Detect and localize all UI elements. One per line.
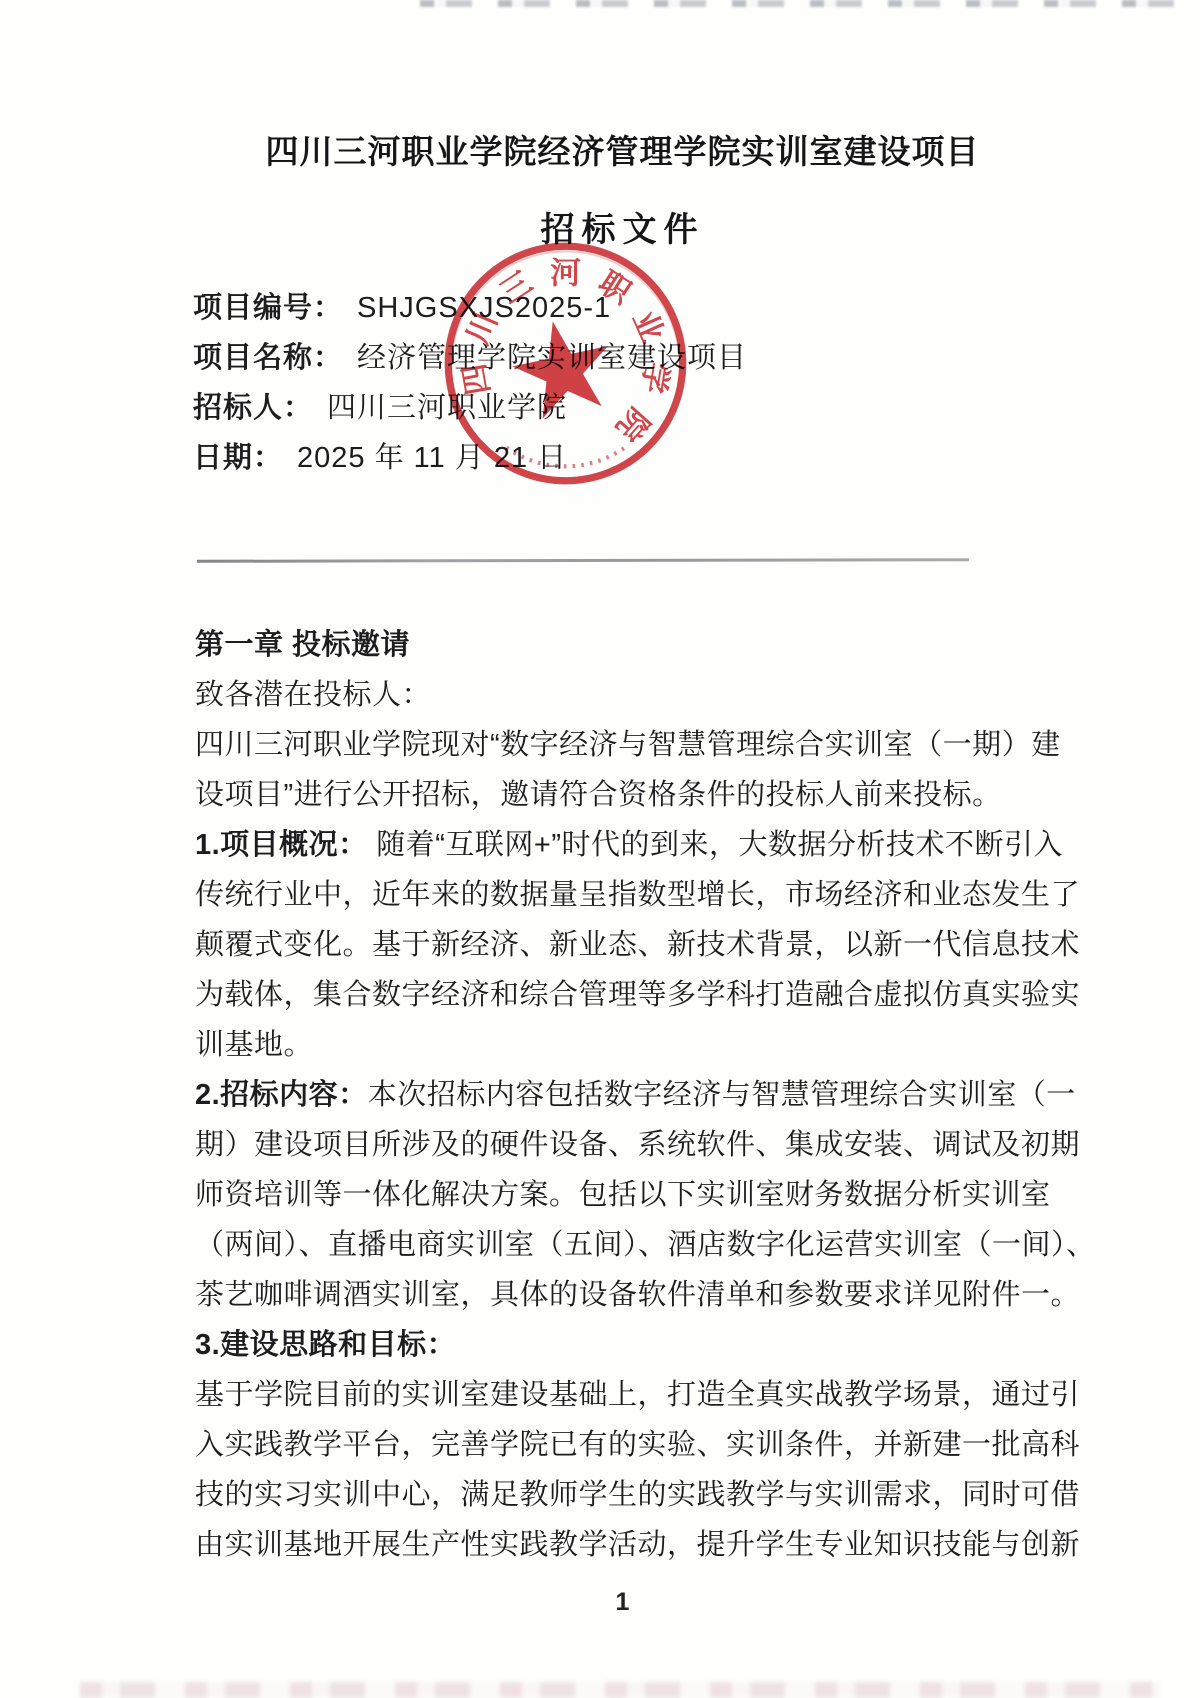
body-line-bold: 1.项目概况： (195, 829, 368, 861)
info-row-project-number: 项目编号：SHJGSXJS2025-1 (193, 283, 747, 333)
body-line: 四川三河职业学院现对“数字经济与智慧管理综合实训室（一期）建 (195, 720, 1075, 770)
body-line-text: 基于学院目前的实训室建设基础上，打造全真实战教学场景，通过引 (195, 1379, 1080, 1411)
tenderer-value: 四川三河职业学院 (327, 392, 567, 424)
body-line: （两间）、直播电商实训室（五间）、酒店数字化运营实训室（一间）、 (195, 1220, 1075, 1270)
body-line-text: 致各潜在投标人： (195, 679, 431, 711)
page-number: 1 (195, 1588, 1050, 1617)
project-name-value: 经济管理学院实训室建设项目 (357, 342, 747, 374)
body-line: 基于学院目前的实训室建设基础上，打造全真实战教学场景，通过引 (195, 1370, 1075, 1420)
body-line-text: 训基地。 (195, 1029, 313, 1061)
date-value: 2025 年 11 月 21 日 (297, 442, 567, 474)
body-line-text: 设项目”进行公开招标，邀请符合资格条件的投标人前来投标。 (195, 779, 1002, 811)
body-line: 1.项目概况： 随着“互联网+”时代的到来，大数据分析技术不断引入 (195, 820, 1075, 870)
body-line-text: 由实训基地开展生产性实践教学活动，提升学生专业知识技能与创新 (195, 1529, 1080, 1561)
document-title: 四川三河职业学院经济管理学院实训室建设项目 (195, 126, 1050, 173)
body-line: 茶艺咖啡调酒实训室，具体的设备软件清单和参数要求详见附件一。 (195, 1270, 1075, 1320)
body-line: 3.建设思路和目标： (195, 1320, 1075, 1370)
chapter-heading-text: 第一章 投标邀请 (195, 629, 410, 661)
body-line-text: 入实践教学平台，完善学院已有的实验、实训条件，并新建一批高科 (195, 1429, 1080, 1461)
project-number-value: SHJGSXJS2025-1 (357, 292, 611, 324)
body-line-text: 随着“互联网+”时代的到来，大数据分析技术不断引入 (368, 829, 1063, 861)
body-line: 期）建设项目所涉及的硬件设备、系统软件、集成安装、调试及初期 (195, 1120, 1075, 1170)
body-line-bold: 2.招标内容： (195, 1079, 368, 1111)
body-line: 致各潜在投标人： (195, 670, 1075, 720)
body-line: 技的实习实训中心，满足教师学生的实践教学与实训需求，同时可借 (195, 1470, 1075, 1520)
body-line: 训基地。 (195, 1020, 1075, 1070)
date-label: 日期： (193, 442, 283, 474)
body-line: 由实训基地开展生产性实践教学活动，提升学生专业知识技能与创新 (195, 1520, 1075, 1570)
body-line: 传统行业中，近年来的数据量呈指数型增长，市场经济和业态发生了 (195, 870, 1075, 920)
chapter-heading: 第一章 投标邀请 (195, 620, 1075, 670)
tenderer-label: 招标人： (193, 392, 313, 424)
project-info-block: 项目编号：SHJGSXJS2025-1 项目名称：经济管理学院实训室建设项目 招… (193, 283, 747, 483)
body-line-text: 本次招标内容包括数字经济与智慧管理综合实训室（一 (368, 1079, 1076, 1111)
body-line-text: 茶艺咖啡调酒实训室，具体的设备软件清单和参数要求详见附件一。 (195, 1279, 1080, 1311)
body-line-text: 技的实习实训中心，满足教师学生的实践教学与实训需求，同时可借 (195, 1479, 1080, 1511)
body-line: 设项目”进行公开招标，邀请符合资格条件的投标人前来投标。 (195, 770, 1075, 820)
body-line-text: 期）建设项目所涉及的硬件设备、系统软件、集成安装、调试及初期 (195, 1129, 1080, 1161)
document-page: 四川三河职业学院经济管理学院实训室建设项目 招标文件 项目编号：SHJGSXJS… (0, 0, 1200, 1698)
body-line-text: 颠覆式变化。基于新经济、新业态、新技术背景，以新一代信息技术 (195, 929, 1080, 961)
info-row-tenderer: 招标人：四川三河职业学院 (193, 383, 747, 433)
body-line: 颠覆式变化。基于新经济、新业态、新技术背景，以新一代信息技术 (195, 920, 1075, 970)
body-line-text: 为载体，集合数字经济和综合管理等多学科打造融合虚拟仿真实验实 (195, 979, 1080, 1011)
project-name-label: 项目名称： (193, 342, 343, 374)
body-line-text: 四川三河职业学院现对“数字经济与智慧管理综合实训室（一期）建 (195, 729, 1061, 761)
body-line: 师资培训等一体化解决方案。包括以下实训室财务数据分析实训室 (195, 1170, 1075, 1220)
info-row-project-name: 项目名称：经济管理学院实训室建设项目 (193, 333, 747, 383)
body-line-bold: 3.建设思路和目标： (195, 1329, 456, 1361)
info-row-date: 日期：2025 年 11 月 21 日 (193, 433, 747, 483)
project-number-label: 项目编号： (193, 292, 343, 324)
document-body: 第一章 投标邀请 致各潜在投标人： 四川三河职业学院现对“数字经济与智慧管理综合… (195, 620, 1075, 1570)
body-line: 2.招标内容：本次招标内容包括数字经济与智慧管理综合实训室（一 (195, 1070, 1075, 1120)
scan-artifact-top (420, 0, 1180, 7)
body-line: 入实践教学平台，完善学院已有的实验、实训条件，并新建一批高科 (195, 1420, 1075, 1470)
scan-artifact-bottom (80, 1682, 1160, 1698)
document-subtitle: 招标文件 (195, 202, 1050, 251)
body-line-text: （两间）、直播电商实训室（五间）、酒店数字化运营实训室（一间）、 (195, 1229, 1096, 1261)
body-line-text: 传统行业中，近年来的数据量呈指数型增长，市场经济和业态发生了 (195, 879, 1080, 911)
body-line: 为载体，集合数字经济和综合管理等多学科打造融合虚拟仿真实验实 (195, 970, 1075, 1020)
body-line-text: 师资培训等一体化解决方案。包括以下实训室财务数据分析实训室 (195, 1179, 1051, 1211)
section-divider-line (197, 558, 969, 563)
